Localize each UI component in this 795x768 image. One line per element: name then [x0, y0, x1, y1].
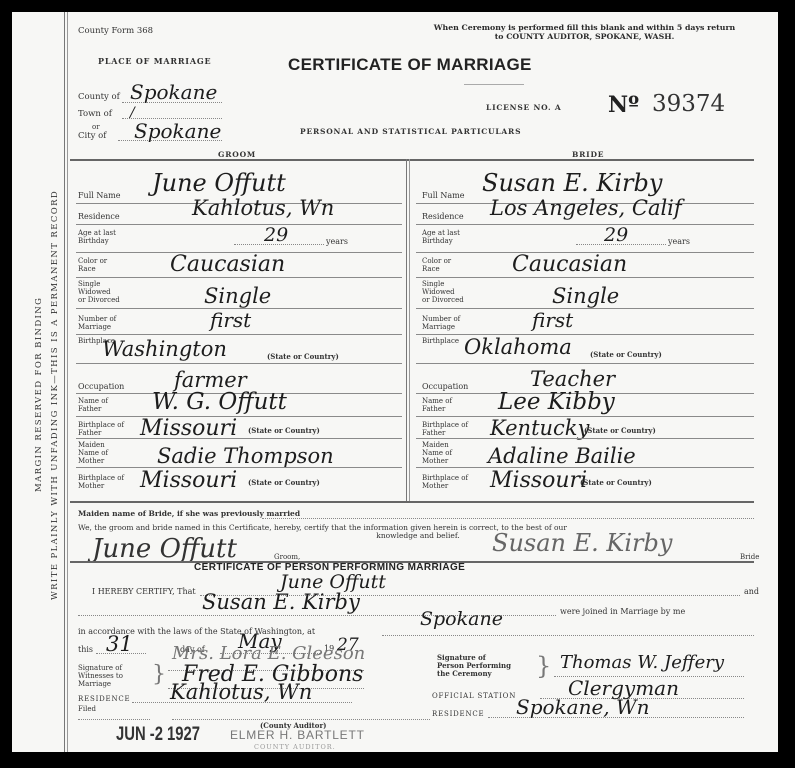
bride-signature-label: Bride: [740, 553, 759, 561]
official-station-label: OFFICIAL STATION: [432, 692, 516, 700]
groom-years-label: years: [326, 237, 348, 246]
form-number: County Form 368: [78, 26, 153, 36]
witnesses-label: Signature ofWitnesses toMarriage: [78, 664, 123, 688]
bride-marital-label: SingleWidowedor Divorced: [422, 280, 464, 304]
margin-rule: [64, 12, 65, 752]
bride-age-label: Age at lastBirthday: [422, 229, 460, 245]
bride-heading: BRIDE: [572, 150, 604, 159]
row-rule: [416, 224, 754, 225]
certify-label: I HEREBY CERTIFY, That: [92, 587, 196, 596]
bride-occupation-label: Occupation: [422, 382, 468, 391]
county-label: County of: [78, 92, 120, 102]
filed-date-stamp: JUN -2 1927: [116, 724, 200, 746]
instructions-line-2: to COUNTY AUDITOR, SPOKANE, WASH.: [407, 32, 762, 41]
particulars-heading: PERSONAL AND STATISTICAL PARTICULARS: [300, 127, 521, 136]
groom-residence-label: Residence: [78, 212, 120, 221]
bride-signature: Susan E. Kirby: [492, 529, 672, 557]
bride-state-or-country: (State or Country): [590, 351, 662, 359]
groom-residence: Kahlotus, Wn: [192, 196, 334, 220]
bride-father-birthplace-label: Birthplace ofFather: [422, 421, 468, 437]
joined-label: were joined in Marriage by me: [560, 607, 685, 616]
license-no-symbol: Nº: [608, 92, 639, 118]
grid-bottom-rule: [70, 501, 754, 503]
groom-age-label: Age at lastBirthday: [78, 229, 116, 245]
witness-residence-label: RESIDENCE: [78, 695, 130, 703]
bride-mother-maiden-name: Adaline Bailie: [488, 444, 636, 468]
groom-marital-status: Single: [204, 284, 271, 308]
row-rule: [76, 416, 402, 417]
bride-residence-label: Residence: [422, 212, 464, 221]
row-rule: [76, 334, 402, 335]
or-label: or: [92, 123, 100, 131]
bride-marital-status: Single: [552, 284, 619, 308]
bride-number-of-marriage: first: [532, 308, 573, 332]
place-line: [382, 635, 754, 636]
license-label: LICENSE NO. A: [486, 103, 561, 112]
groom-father-birthplace-label: Birthplace ofFather: [78, 421, 124, 437]
groom-heading: GROOM: [218, 150, 256, 159]
groom-occupation-label: Occupation: [78, 382, 124, 391]
row-rule: [76, 363, 402, 364]
bride-mother-state-or-country: (State or Country): [580, 479, 652, 487]
bride-color-label: Color orRace: [422, 257, 451, 273]
row-rule: [76, 277, 402, 278]
groom-father-label: Name ofFather: [78, 397, 108, 413]
bride-mother-birthplace-label: Birthplace ofMother: [422, 474, 468, 490]
performer-label: Signature ofPerson Performingthe Ceremon…: [437, 654, 511, 678]
instructions-line-1: When Ceremony is performed fill this bla…: [407, 23, 762, 32]
groom-mother-label: MaidenName ofMother: [78, 441, 108, 465]
margin-rule: [67, 12, 68, 752]
groom-mother-birthplace-label: Birthplace ofMother: [78, 474, 124, 490]
filed-label: Filed: [78, 705, 96, 713]
center-divider: [409, 159, 410, 501]
auditor-name-stamp: ELMER H. BARTLETT: [230, 728, 365, 742]
marriage-certificate: MARGIN RESERVED FOR BINDING WRITE PLAINL…: [12, 12, 778, 752]
witnesses-brace: }: [152, 662, 166, 687]
groom-mother-state-or-country: (State or Country): [248, 479, 320, 487]
bride-birthplace-label: Birthplace: [422, 337, 459, 345]
divider: [464, 84, 524, 85]
this-label: this: [78, 645, 93, 654]
groom-mother-birthplace: Missouri: [140, 468, 237, 493]
certificate-title: CERTIFICATE OF MARRIAGE: [288, 55, 532, 75]
groom-father-name: W. G. Offutt: [152, 389, 287, 415]
bride-father-birthplace: Kentucky: [490, 416, 589, 440]
bride-number-label: Number ofMarriage: [422, 315, 460, 331]
performer-signature: Thomas W. Jeffery: [560, 652, 724, 673]
groom-signature: June Offutt: [92, 534, 237, 564]
witness-1-signature: Mrs. Lora E. Gleeson: [172, 643, 365, 664]
bride-full-name: Susan E. Kirby: [482, 169, 662, 197]
county-value: Spokane: [130, 80, 217, 104]
row-rule: [416, 363, 754, 364]
bride-father-label: Name ofFather: [422, 397, 452, 413]
maiden-name-label: Maiden name of Bride, if she was previou…: [78, 510, 300, 518]
bride-birthplace: Oklahoma: [464, 335, 572, 359]
party-2-name: Susan E. Kirby: [202, 590, 360, 614]
center-divider: [406, 159, 407, 501]
groom-father-state-or-country: (State or Country): [248, 427, 320, 435]
bride-occupation: Teacher: [530, 367, 615, 391]
bride-mother-label: MaidenName ofMother: [422, 441, 452, 465]
groom-color-race: Caucasian: [170, 252, 285, 277]
row-rule: [76, 224, 402, 225]
performer-residence: Spokane, Wn: [516, 695, 649, 719]
grid-top-rule: [70, 159, 754, 161]
groom-full-name: June Offutt: [152, 169, 286, 197]
bride-residence: Los Angeles, Calif: [490, 196, 682, 220]
bride-father-state-or-country: (State or Country): [584, 427, 656, 435]
groom-color-label: Color orRace: [78, 257, 107, 273]
bride-full-name-label: Full Name: [422, 191, 464, 200]
bride-age: 29: [604, 224, 628, 246]
margin-binding-note: MARGIN RESERVED FOR BINDING: [34, 297, 44, 492]
performer-brace: }: [536, 652, 551, 680]
city-label: City of: [78, 131, 106, 141]
auditor-title-stamp: COUNTY AUDITOR.: [254, 743, 336, 751]
bride-years-label: years: [668, 237, 690, 246]
groom-marital-label: SingleWidowedor Divorced: [78, 280, 120, 304]
groom-age: 29: [264, 224, 288, 246]
filed-date-line: [78, 719, 150, 720]
groom-number-label: Number ofMarriage: [78, 315, 116, 331]
return-instructions: When Ceremony is performed fill this bla…: [407, 23, 762, 41]
performer-residence-label: RESIDENCE: [432, 710, 484, 718]
city-value: Spokane: [134, 119, 221, 143]
row-rule: [76, 438, 402, 439]
groom-mother-maiden-name: Sadie Thompson: [157, 444, 334, 468]
row-rule: [76, 467, 402, 468]
and-label: and: [744, 587, 759, 596]
groom-state-or-country: (State or Country): [267, 353, 339, 361]
groom-number-of-marriage: first: [210, 308, 251, 332]
auditor-line: [172, 719, 430, 720]
bride-father-name: Lee Kibby: [498, 389, 615, 415]
margin-ink-note: WRITE PLAINLY WITH UNFADING INK—THIS IS …: [50, 190, 60, 600]
ceremony-place: Spokane: [420, 608, 503, 630]
bride-mother-birthplace: Missouri: [490, 468, 587, 493]
groom-signature-label: Groom,: [274, 553, 300, 561]
ceremony-day: 31: [106, 632, 133, 656]
town-label: Town of: [78, 109, 112, 119]
witness-residence: Kahlotus, Wn: [170, 680, 312, 704]
place-of-marriage-heading: PLACE OF MARRIAGE: [98, 56, 211, 66]
groom-birthplace: Washington: [102, 337, 227, 361]
row-rule: [416, 438, 754, 439]
license-number: 39374: [652, 91, 725, 117]
groom-full-name-label: Full Name: [78, 191, 120, 200]
row-rule: [416, 277, 754, 278]
row-rule: [416, 308, 754, 309]
bride-color-race: Caucasian: [512, 252, 627, 277]
maiden-name-line: [262, 518, 754, 519]
